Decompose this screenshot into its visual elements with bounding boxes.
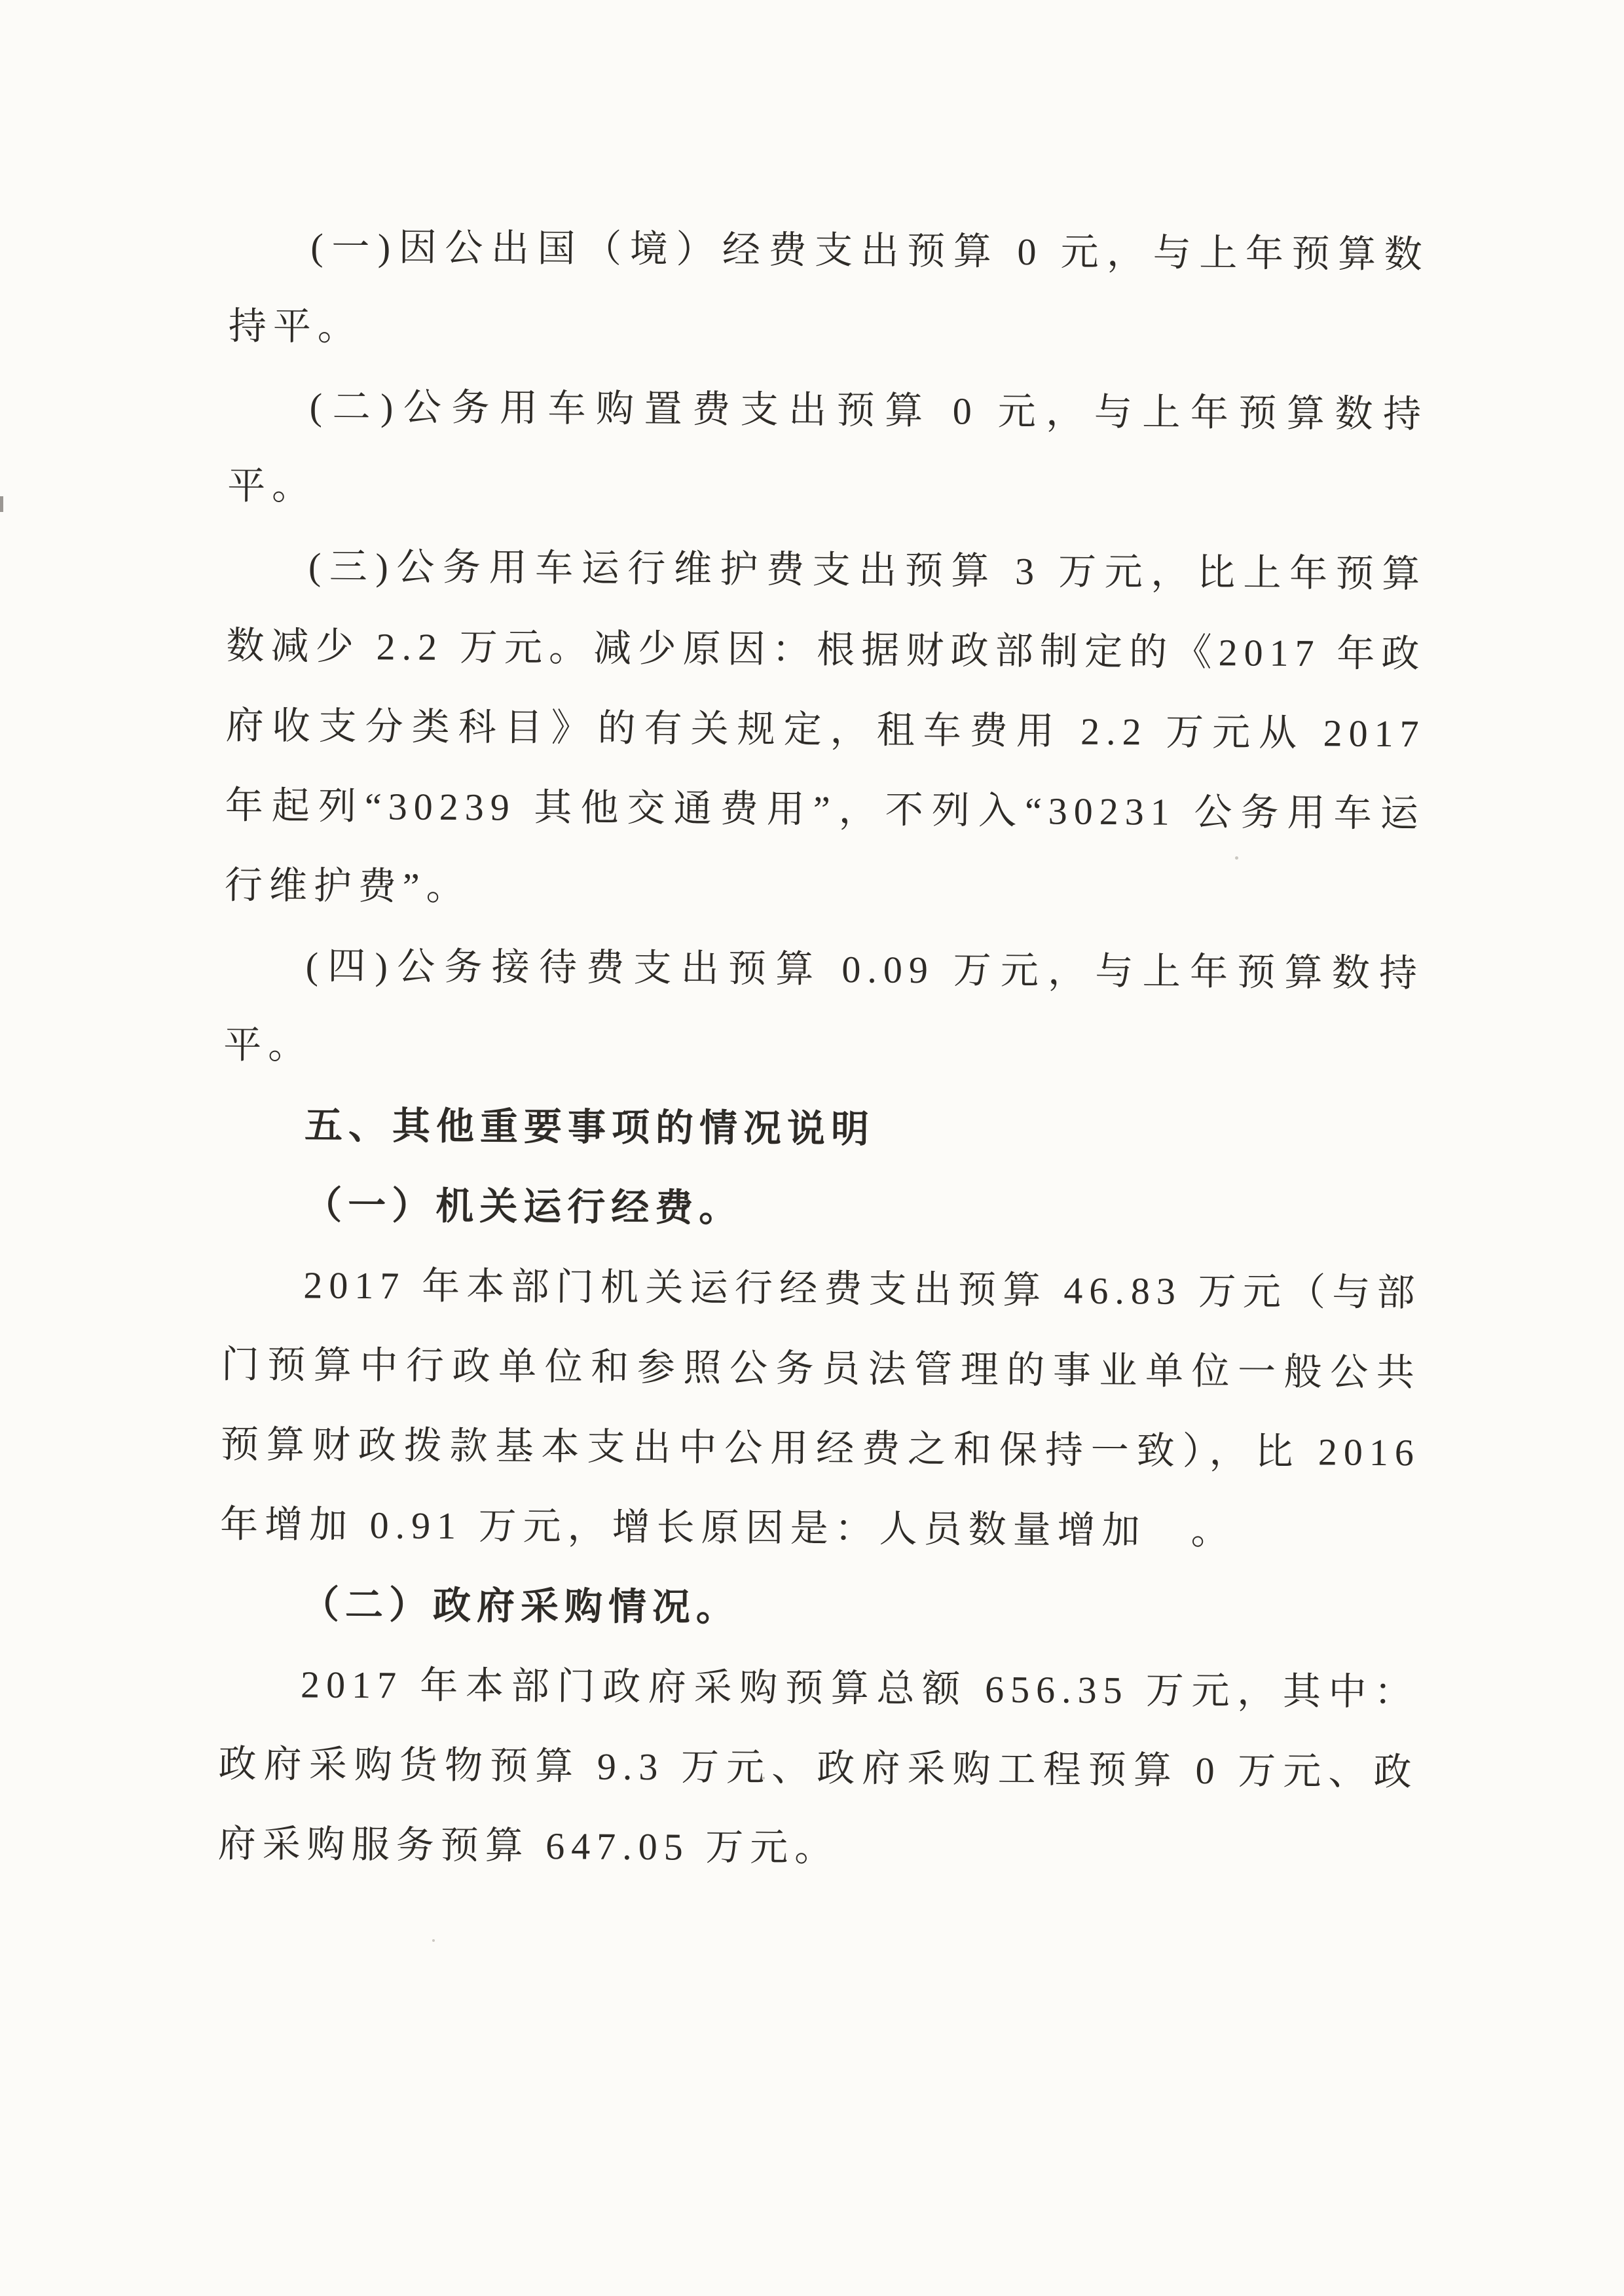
paragraph-agency-operating-expenses-detail: 2017 年本部门机关运行经费支出预算 46.83 万元（与部门预算中行政单位和… — [220, 1245, 1422, 1573]
heading-agency-operating-expenses: （一）机关运行经费。 — [222, 1165, 1422, 1254]
scan-edge-artifact — [0, 496, 3, 512]
paragraph-official-reception-budget: (四)公务接待费支出预算 0.09 万元，与上年预算数持平。 — [223, 926, 1424, 1094]
paragraph-overseas-travel-budget: (一)因公出国（境）经费支出预算 0 元，与上年预算数持平。 — [228, 207, 1429, 375]
scan-speck — [1235, 856, 1238, 860]
scan-speck — [762, 1777, 765, 1779]
document-body: (一)因公出国（境）经费支出预算 0 元，与上年预算数持平。 (二)公务用车购置… — [217, 207, 1429, 1893]
paragraph-vehicle-maintenance-budget: (三)公务用车运行维护费支出预算 3 万元，比上年预算数减少 2.2 万元。减少… — [225, 526, 1427, 934]
scan-speck — [432, 1939, 435, 1942]
paragraph-government-procurement-detail: 2017 年本部门政府采购预算总额 656.35 万元，其中：政府采购货物预算 … — [217, 1645, 1419, 1893]
paragraph-vehicle-purchase-budget: (二)公务用车购置费支出预算 0 元，与上年预算数持平。 — [227, 367, 1428, 535]
heading-section-five-other-important-matters: 五、其他重要事项的情况说明 — [223, 1085, 1423, 1174]
document-page: (一)因公出国（境）经费支出预算 0 元，与上年预算数持平。 (二)公务用车购置… — [0, 0, 1624, 2296]
heading-government-procurement: （二）政府采购情况。 — [219, 1565, 1420, 1653]
